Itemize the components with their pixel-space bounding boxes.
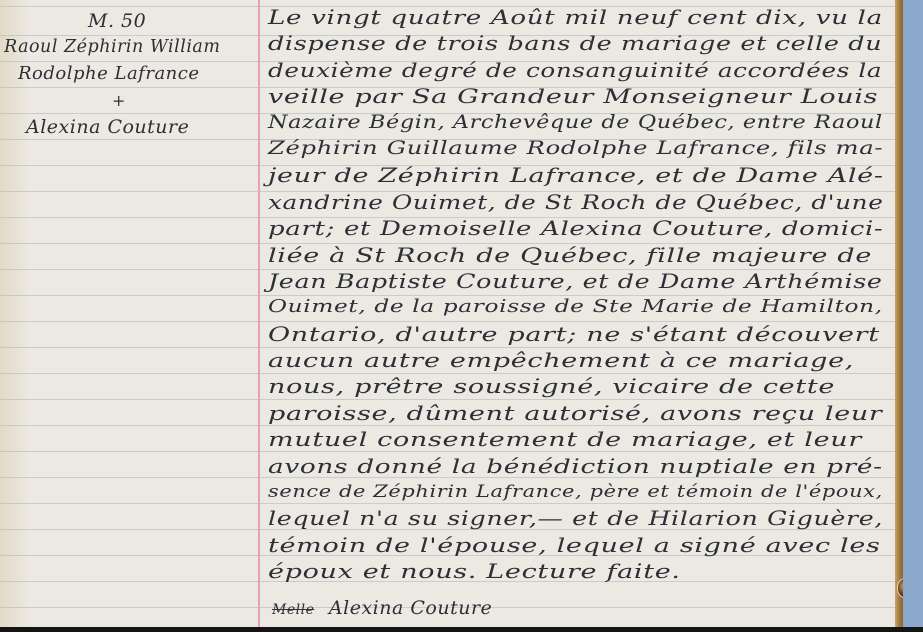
text-line: veille par Sa Grandeur Monseigneur Louis: [268, 83, 895, 109]
text-line: liée à St Roch de Québec, fille majeure …: [268, 242, 895, 268]
text-line: Zéphirin Guillaume Rodolphe Lafrance, fi…: [268, 136, 895, 162]
text-line: témoin de l'épouse, lequel a signé avec …: [268, 532, 895, 558]
text-line: part; et Demoiselle Alexina Couture, dom…: [268, 215, 895, 241]
groom-name-line-2: Rodolphe Lafrance: [18, 61, 200, 87]
bride-name: Alexina Couture: [26, 114, 189, 140]
book-binding-edge: [895, 0, 903, 627]
text-line: xandrine Ouimet, de St Roch de Québec, d…: [268, 189, 895, 215]
bride-signature: Melle Alexina Couture: [272, 597, 492, 619]
signature-name: Alexina Couture: [329, 597, 492, 619]
text-line: Jean Baptiste Couture, et de Dame Arthém…: [268, 268, 895, 294]
entry-text: Le vingt quatre Août mil neuf cent dix, …: [268, 4, 890, 585]
text-line: sence de Zéphirin Lafrance, père et témo…: [268, 479, 895, 505]
register-page: M. 50 Raoul Zéphirin William Rodolphe La…: [0, 0, 895, 627]
text-line: deuxième degré de consanguinité accordée…: [268, 57, 895, 83]
text-line: Ouimet, de la paroisse de Ste Marie de H…: [268, 294, 895, 320]
text-line: lequel n'a su signer,— et de Hilarion Gi…: [268, 505, 895, 531]
background-edge: [903, 0, 923, 627]
margin-rule: [258, 0, 260, 627]
signature-prefix-struck: Melle: [272, 602, 314, 618]
text-line: jeur de Zéphirin Lafrance, et de Dame Al…: [268, 162, 895, 188]
text-line: avons donné la bénédiction nuptiale en p…: [268, 453, 895, 479]
text-line: dispense de trois bans de mariage et cel…: [268, 30, 895, 56]
text-line: nous, prêtre soussigné, vicaire de cette: [268, 373, 895, 399]
entry-number: M. 50: [88, 8, 146, 34]
conjunction-plus: +: [112, 88, 126, 114]
text-line: époux et nous. Lecture faite.: [268, 558, 895, 584]
text-line: Nazaire Bégin, Archevêque de Québec, ent…: [268, 110, 895, 136]
bottom-edge: [0, 627, 923, 632]
text-line: Ontario, d'autre part; ne s'étant découv…: [268, 321, 895, 347]
text-line: Le vingt quatre Août mil neuf cent dix, …: [268, 4, 895, 30]
text-line: paroisse, dûment autorisé, avons reçu le…: [268, 400, 895, 426]
text-line: mutuel consentement de mariage, et leur: [268, 426, 895, 452]
text-line: aucun autre empêchement à ce mariage,: [268, 347, 895, 373]
groom-name-line-1: Raoul Zéphirin William: [4, 34, 220, 60]
